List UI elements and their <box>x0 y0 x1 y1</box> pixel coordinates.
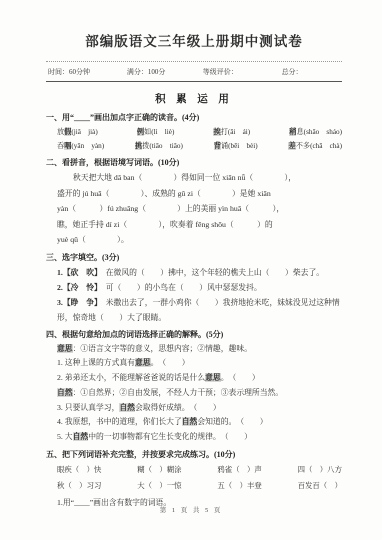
dotted-word: 自然 <box>182 417 198 426</box>
q2-line: 瞧，她正手持 dí zi（ ），吹奏着 fēng shōu（ ）的 <box>46 217 342 233</box>
q5-row-1: 眼疾（ ）快 糊（ ）糊涂 鸦雀（ ）声 四（ ）八方 <box>46 462 342 478</box>
char-options: 2.【冷 怜】 <box>57 283 98 292</box>
q3-item: 2.【冷 怜】 可（ ）的小鸟在（ ）风中瑟瑟发抖。 <box>46 280 342 295</box>
fill-sentence: 米撒出去了，一群小鸡你（ ）我挤地抢米吃，妹妹没见过这种情形，惊奇地（ ）大了眼… <box>57 298 340 322</box>
q4-title: 四、根据句意给加点的词语选择正确的解释。(5分) <box>46 329 342 340</box>
char-options: 3.【睁 争】 <box>57 298 98 307</box>
q2-line: yàn（ ）fú zhuāng（ ）上的美丽 yìn huā（ ）， <box>46 201 342 217</box>
sentence-post: 。 （ ） <box>151 358 190 367</box>
polyphonic-word: 例如(lì liè) <box>137 125 175 139</box>
q2-title: 二、看拼音，根据语境写词语。(10分) <box>46 157 342 168</box>
page-number: 第 1 页 共 5 页 <box>0 505 382 514</box>
polyphonic-word: 差不多(chā chà) <box>288 139 342 153</box>
polyphonic-word: 挨打(āi ái) <box>213 125 250 139</box>
word-rest: (jiǎ jià) <box>71 128 97 136</box>
sentence-pre: 1. 这种上课的方式真有 <box>57 358 135 367</box>
sentence-post: 。 （ ） <box>221 373 260 382</box>
q2-line: 盛开的 jú huā（ ）、成熟的 gǔ zi（ ）是她 xiān <box>46 186 342 202</box>
dotted-char: 例 <box>137 128 144 136</box>
polyphonic-word: 背诵(bēi bèi) <box>214 139 258 153</box>
exam-total-score: 总分： <box>282 67 340 77</box>
exam-info-bar: 时间：60分钟 满分：100分 等级评价： 总分： <box>46 61 342 82</box>
word-rest: 如(lì liè) <box>144 128 174 136</box>
idiom-blank: 秋（ ）习习 <box>57 478 101 494</box>
idiom-blank: 糊（ ）糊涂 <box>137 462 181 478</box>
defined-word: 意思 <box>57 344 73 353</box>
dotted-char: 差 <box>288 142 295 150</box>
char-options: 1.【砍 吹】 <box>57 268 98 277</box>
section-banner: 积 累 运 用 <box>46 91 342 106</box>
q5-row-2: 秋（ ）习习 大（ ）一惊 五（ ）丰登 百发百（ ） <box>46 478 342 494</box>
q4-sentence: 4. 我原想，书中的道理，你们长大了自然会知道的。 （ ） <box>46 415 342 430</box>
word-rest: 不多(chā chà) <box>296 142 342 150</box>
word-rest: 拨(tiāo tiǎo) <box>142 142 183 150</box>
word-rest: 息(shāo sháo) <box>296 128 342 136</box>
sentence-pre: 5. 大 <box>57 432 73 441</box>
word-rest: 诵(bēi bèi) <box>221 142 258 150</box>
polyphonic-word: 挑拨(tiāo tiǎo) <box>135 139 183 153</box>
q1-row-1: 放假(jiǎ jià) 例如(lì liè) 挨打(āi ái) 稍息(shāo… <box>46 125 342 139</box>
q3-title: 三、选字填空。(3分) <box>46 252 342 263</box>
q4-sentence: 3. 只要认真学习，自然会取得好成绩。 （ ） <box>46 401 342 416</box>
q4-sentence: 5. 大自然中的一切事物都有它生长变化的规律。 （ ） <box>46 430 342 445</box>
dotted-char: 背 <box>214 142 221 150</box>
q4-sentence: 1. 这种上课的方式真有意思。 （ ） <box>46 356 342 371</box>
q2-line: yuè qǔ（ ）。 <box>46 232 342 248</box>
exam-grade-eval: 等级评价： <box>203 67 282 77</box>
sentence-post: 会取得好成绩。 （ ） <box>135 403 221 412</box>
polyphonic-word: 吞咽(yān yàn) <box>57 139 104 153</box>
page-title: 部编版语文三年级上册期中测试卷 <box>46 30 342 50</box>
exam-time: 时间：60分钟 <box>48 67 127 77</box>
q4-definition: 意思：①语言文字等的意义，思想内容；②情趣，趣味。 <box>46 342 342 357</box>
idiom-blank: 五（ ）丰登 <box>217 478 261 494</box>
dotted-word: 自然 <box>119 403 135 412</box>
polyphonic-word: 放假(jiǎ jià) <box>57 125 98 139</box>
sentence-pre: 4. 我原想，书中的道理，你们长大了 <box>57 417 182 426</box>
sentence-pre: 2. 弟弟还太小，不能理解爸爸说的话是什么 <box>57 373 205 382</box>
q1-row-2: 吞咽(yān yàn) 挑拨(tiāo tiǎo) 背诵(bēi bèi) 差不… <box>46 139 342 153</box>
dotted-word: 自然 <box>73 432 89 441</box>
dotted-word: 意思 <box>135 358 151 367</box>
fill-sentence: 在微风的（ ）拂中，这个年轻的樵夫上山（ ）柴去了。 <box>98 268 324 277</box>
idiom-blank: 眼疾（ ）快 <box>57 462 101 478</box>
exam-full-score: 满分：100分 <box>127 67 203 77</box>
definition-text: ：①自然界；②自由发展，不经人力干预；③表示理所当然。 <box>73 388 284 397</box>
word-rest: 打(āi ái) <box>221 128 251 136</box>
idiom-blank: 百发百（ ） <box>298 478 342 494</box>
q4-definition: 自然：①自然界；②自由发展，不经人力干预；③表示理所当然。 <box>46 386 342 401</box>
idiom-blank: 四（ ）八方 <box>298 462 342 478</box>
polyphonic-word: 稍息(shāo sháo) <box>289 125 342 139</box>
test-paper-page: 部编版语文三年级上册期中测试卷 时间：60分钟 满分：100分 等级评价： 总分… <box>0 0 382 540</box>
q4-sentence: 2. 弟弟还太小，不能理解爸爸说的话是什么意思。 （ ） <box>46 371 342 386</box>
q3-item: 3.【睁 争】 米撒出去了，一群小鸡你（ ）我挤地抢米吃，妹妹没见过这种情形，惊… <box>46 295 342 325</box>
idiom-blank: 大（ ）一惊 <box>137 478 181 494</box>
idiom-blank: 鸦雀（ ）声 <box>217 462 261 478</box>
sentence-post: 会知道的。 （ ） <box>197 417 267 426</box>
fill-sentence: 可（ ）的小鸟在（ ）风中瑟瑟发抖。 <box>98 283 262 292</box>
q3-item: 1.【砍 吹】 在微风的（ ）拂中，这个年轻的樵夫上山（ ）柴去了。 <box>46 265 342 280</box>
q2-line: 秋天把大地 dǎ ban（ ）得如同一位 xiān nǚ（ ）， <box>46 170 342 186</box>
q1-title: 一、用“____”画出加点字正确的读音。(4分) <box>46 112 342 123</box>
definition-text: ：①语言文字等的意义，思想内容；②情趣，趣味。 <box>73 344 252 353</box>
q5-title: 五、把下列词语补充完整，并按要求完成练习。(10分) <box>46 449 342 460</box>
sentence-post: 中的一切事物都有它生长变化的规律。 （ ） <box>88 432 252 441</box>
dotted-word: 意思 <box>205 373 221 382</box>
q2-passage: 秋天把大地 dǎ ban（ ）得如同一位 xiān nǚ（ ）， 盛开的 jú … <box>46 170 342 248</box>
word-rest: (yān yàn) <box>71 142 104 150</box>
sentence-pre: 3. 只要认真学习， <box>57 403 119 412</box>
dotted-char: 挨 <box>213 128 220 136</box>
defined-word: 自然 <box>57 388 73 397</box>
